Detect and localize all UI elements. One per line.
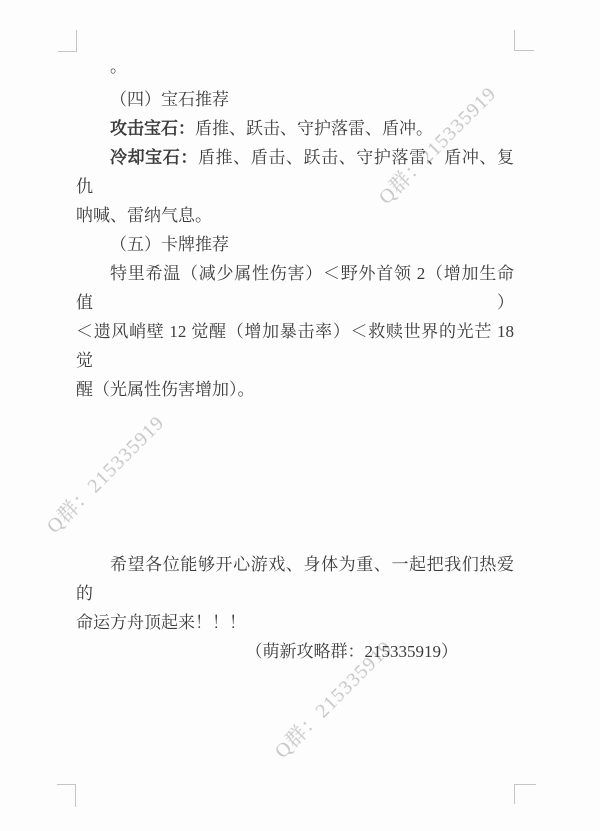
continuation-period-line: 。: [76, 52, 514, 81]
text-boundary-mark-bottom-right: [514, 784, 536, 804]
attack-gem-text: 盾推、跃击、守护落雷、盾冲。: [195, 119, 433, 138]
section5-heading: （五）卡牌推荐: [76, 230, 514, 259]
document-page: Q群：215335919 Q群：215335919 Q群：215335919 。…: [0, 0, 600, 831]
blank-gap: [76, 404, 514, 550]
text-boundary-mark-top-left: [58, 30, 77, 52]
text-boundary-mark-top-right: [514, 30, 534, 51]
cooldown-gem-line-2: 呐喊、雷纳气息。: [76, 201, 514, 230]
text-boundary-mark-bottom-left: [57, 784, 76, 807]
attack-gem-label: 攻击宝石：: [110, 119, 195, 138]
cooldown-gem-label: 冷却宝石：: [110, 148, 198, 167]
cooldown-gem-line-1: 冷却宝石：盾推、盾击、跃击、守护落雷、盾冲、复仇: [76, 143, 514, 201]
closing-line-1: 希望各位能够开心游戏、身体为重、一起把我们热爱的: [76, 550, 514, 608]
document-text-area: 。 （四）宝石推荐 攻击宝石：盾推、跃击、守护落雷、盾冲。 冷却宝石：盾推、盾击…: [76, 52, 514, 666]
group-signature: （萌新攻略群：215335919）: [76, 637, 514, 666]
card-rank-line-2: ＜遗风峭壁 12 觉醒（增加暴击率）＜救赎世界的光芒 18 觉: [76, 317, 514, 375]
attack-gem-line: 攻击宝石：盾推、跃击、守护落雷、盾冲。: [76, 114, 514, 143]
card-rank-line-3: 醒（光属性伤害增加）。: [76, 375, 514, 404]
card-rank-line-1: 特里希温（减少属性伤害）＜野外首领 2（增加生命值）: [76, 259, 514, 317]
section4-heading: （四）宝石推荐: [76, 85, 514, 114]
closing-line-2: 命运方舟顶起来！！！: [76, 608, 514, 637]
